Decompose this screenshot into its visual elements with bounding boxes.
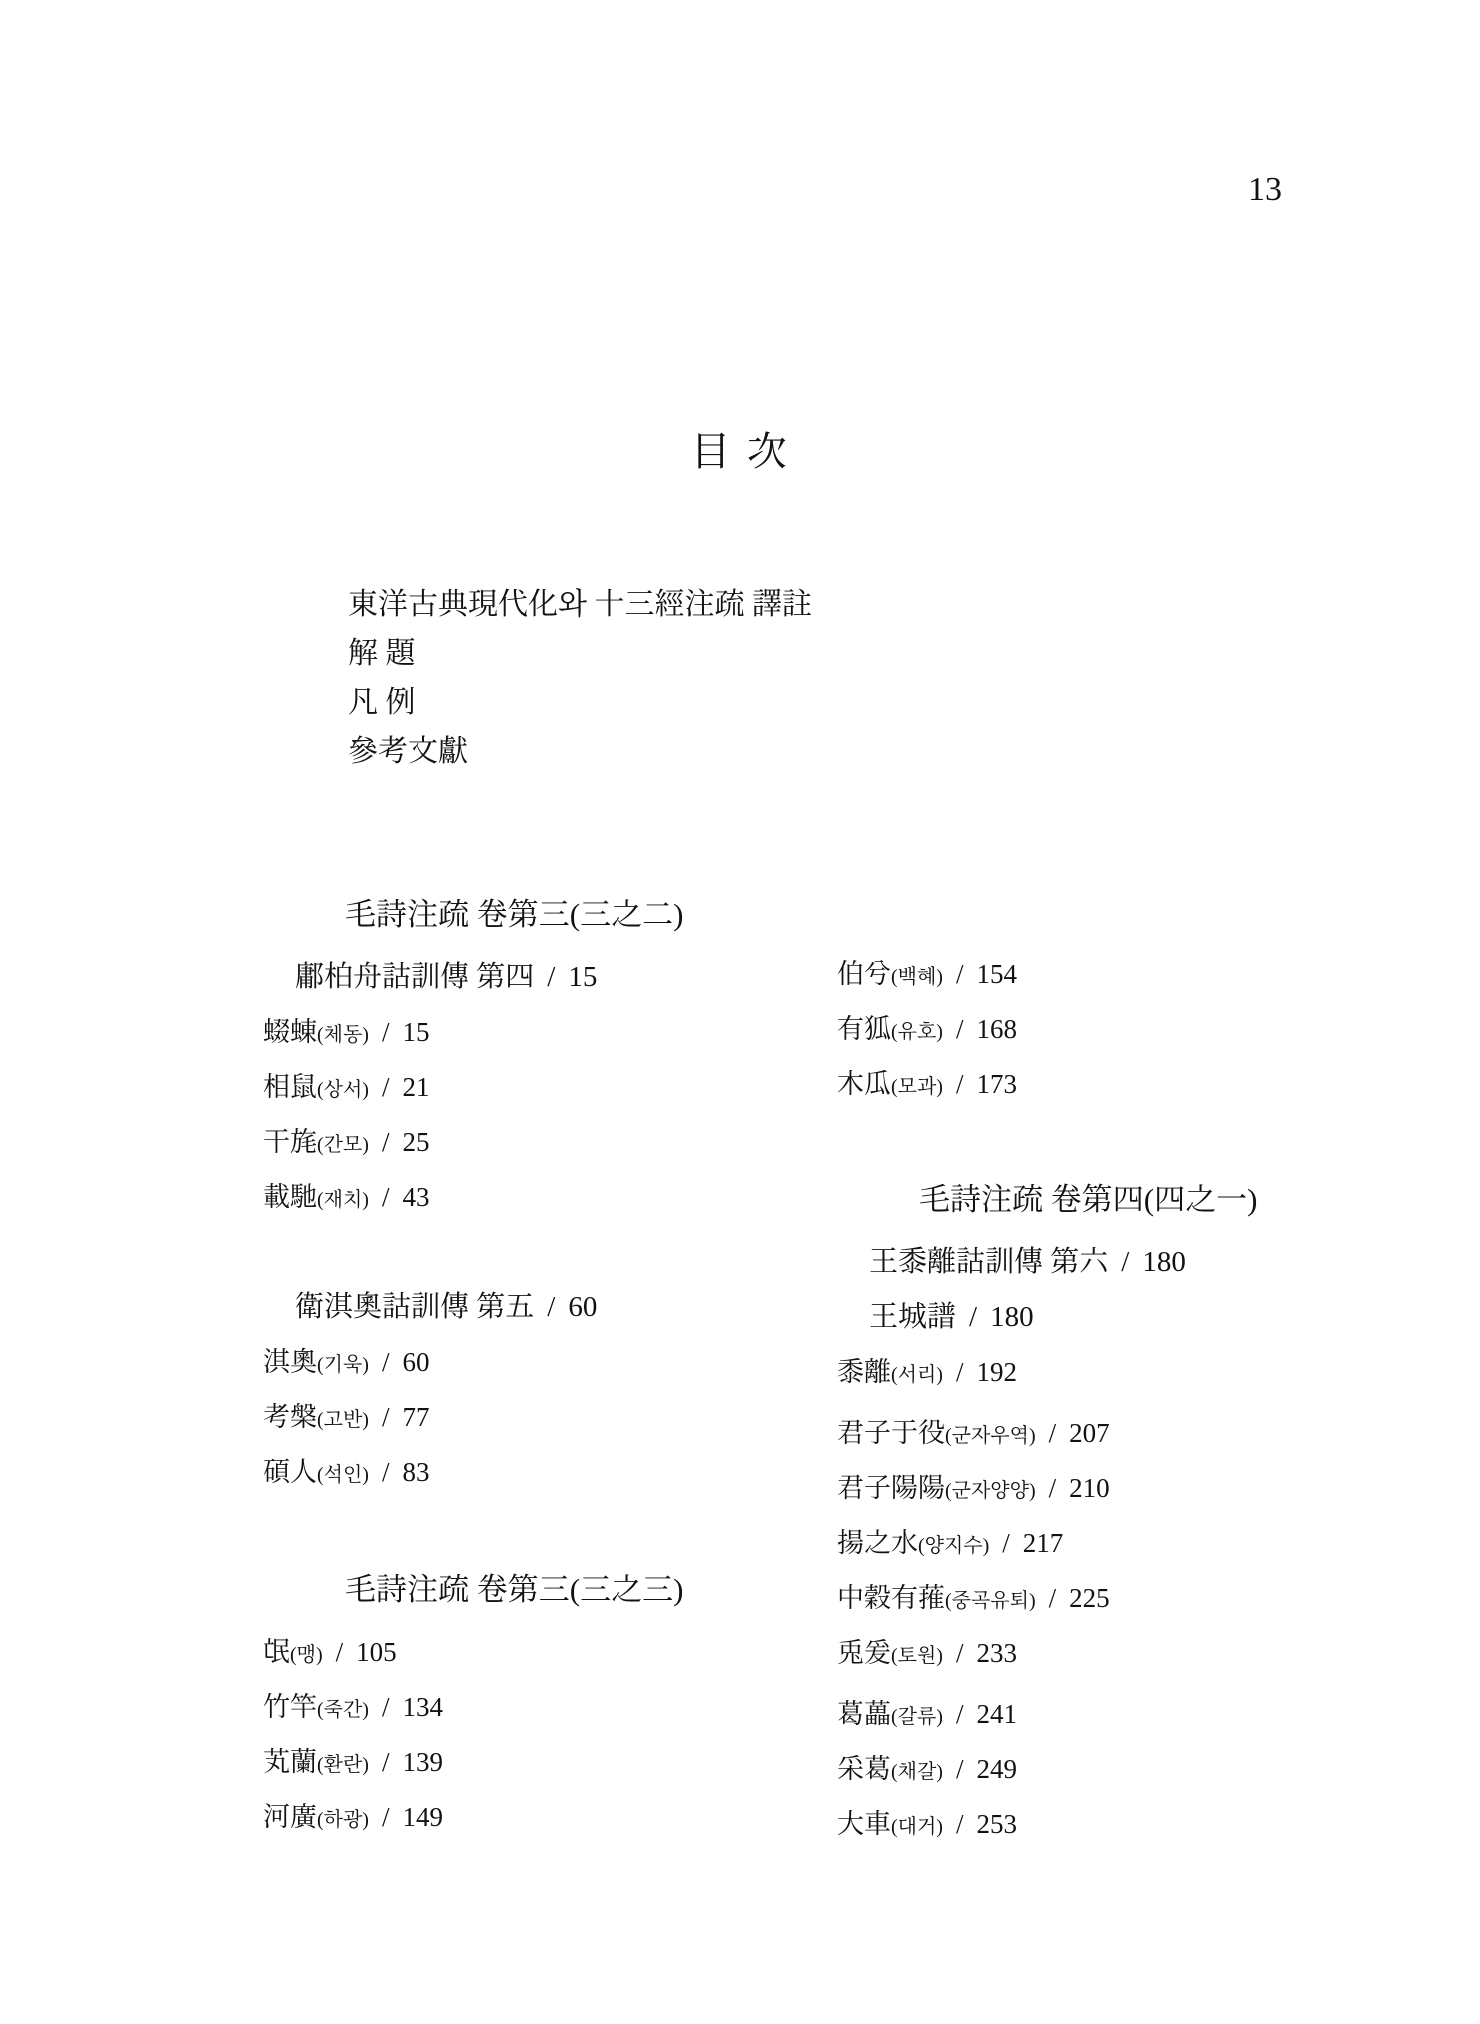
toc-item-row: 中穀有蓷(중곡유퇴)/225 <box>837 1571 1397 1626</box>
item-title: 淇奧 <box>263 1347 317 1377</box>
separator-slash: / <box>382 1402 390 1432</box>
item-reading: (서리) <box>891 1364 943 1386</box>
toc-item-row: 大車(대거)/253 <box>837 1797 1397 1852</box>
item-title: 竹竿 <box>263 1692 317 1722</box>
separator-slash: / <box>382 1347 390 1377</box>
item-page: 60 <box>402 1347 429 1377</box>
item-title: 干旄 <box>263 1127 317 1157</box>
item-title: 大車 <box>837 1809 891 1839</box>
front-matter-list: 東洋古典現代化와 十三經注疏 譯註 解 題 凡 例 參考文獻 <box>348 580 812 776</box>
item-reading: (맹) <box>290 1644 323 1666</box>
toc-item-row: 竹竿(죽간)/134 <box>263 1680 783 1735</box>
separator-slash: / <box>956 1754 964 1784</box>
subsection-title: 鄘柏舟詁訓傳 第四 <box>295 961 534 993</box>
item-page: 168 <box>976 1014 1017 1044</box>
item-reading: (체동) <box>317 1024 369 1046</box>
subsection-title: 王城譜 <box>869 1301 956 1333</box>
separator-slash: / <box>547 961 555 993</box>
item-title: 君子于役 <box>837 1418 945 1448</box>
item-reading: (기욱) <box>317 1354 369 1376</box>
item-title: 載馳 <box>263 1182 317 1212</box>
item-page: 241 <box>976 1699 1017 1729</box>
toc-section-header: 毛詩注疏 卷第三(三之三) <box>263 1562 783 1617</box>
toc-subsection-row: 王城譜/180 <box>837 1290 1397 1345</box>
subsection-title: 衛淇奧詁訓傳 第五 <box>295 1291 534 1323</box>
item-page: 192 <box>976 1357 1017 1387</box>
toc-subsection-row: 王黍離詁訓傳 第六/180 <box>837 1235 1397 1290</box>
item-title: 葛藟 <box>837 1699 891 1729</box>
item-page: 225 <box>1069 1583 1110 1613</box>
separator-slash: / <box>956 1069 964 1099</box>
item-page: 139 <box>402 1747 443 1777</box>
separator-slash: / <box>382 1017 390 1047</box>
item-title: 碩人 <box>263 1457 317 1487</box>
separator-slash: / <box>1049 1583 1057 1613</box>
toc-right-column: 伯兮(백혜)/154 有狐(유호)/168 木瓜(모과)/173 毛詩注疏 卷第… <box>837 947 1397 1852</box>
item-title: 君子陽陽 <box>837 1473 945 1503</box>
toc-item-row: 相鼠(상서)/21 <box>263 1060 783 1115</box>
toc-subsection-row: 衛淇奧詁訓傳 第五/60 <box>263 1280 783 1335</box>
item-reading: (채갈) <box>891 1761 943 1783</box>
toc-item-row: 君子于役(군자우역)/207 <box>837 1406 1397 1461</box>
item-reading: (중곡유퇴) <box>945 1590 1036 1612</box>
item-reading: (상서) <box>317 1079 369 1101</box>
subsection-page: 15 <box>568 961 597 993</box>
toc-item-row: 干旄(간모)/25 <box>263 1115 783 1170</box>
toc-item-row: 黍離(서리)/192 <box>837 1345 1397 1400</box>
toc-item-row: 木瓜(모과)/173 <box>837 1057 1397 1112</box>
item-reading: (토원) <box>891 1645 943 1667</box>
toc-item-row: 芄蘭(환란)/139 <box>263 1735 783 1790</box>
item-title: 伯兮 <box>837 959 891 989</box>
subsection-title: 王黍離詁訓傳 第六 <box>869 1246 1108 1278</box>
toc-item-row: 采葛(채갈)/249 <box>837 1742 1397 1797</box>
item-reading: (재치) <box>317 1189 369 1211</box>
item-page: 43 <box>402 1182 429 1212</box>
item-page: 25 <box>402 1127 429 1157</box>
item-title: 黍離 <box>837 1357 891 1387</box>
separator-slash: / <box>382 1072 390 1102</box>
toc-item-row: 葛藟(갈류)/241 <box>837 1687 1397 1742</box>
separator-slash: / <box>1049 1418 1057 1448</box>
item-title: 相鼠 <box>263 1072 317 1102</box>
item-page: 83 <box>402 1457 429 1487</box>
item-reading: (죽간) <box>317 1699 369 1721</box>
subsection-page: 180 <box>990 1301 1034 1333</box>
item-reading: (석인) <box>317 1464 369 1486</box>
separator-slash: / <box>382 1747 390 1777</box>
item-page: 21 <box>402 1072 429 1102</box>
item-page: 105 <box>356 1637 397 1667</box>
item-reading: (군자양양) <box>945 1480 1036 1502</box>
item-page: 217 <box>1023 1528 1064 1558</box>
item-page: 207 <box>1069 1418 1110 1448</box>
item-reading: (고반) <box>317 1409 369 1431</box>
front-matter-item: 凡 例 <box>348 678 812 727</box>
separator-slash: / <box>547 1291 555 1323</box>
toc-item-row: 淇奧(기욱)/60 <box>263 1335 783 1390</box>
section-header-text: 毛詩注疏 卷第三(三之二) <box>345 897 683 932</box>
separator-slash: / <box>1121 1246 1129 1278</box>
item-reading: (간모) <box>317 1134 369 1156</box>
toc-subsection-row: 鄘柏舟詁訓傳 第四/15 <box>263 950 783 1005</box>
item-reading: (군자우역) <box>945 1425 1036 1447</box>
document-page: 13 目 次 東洋古典現代化와 十三經注疏 譯註 解 題 凡 例 參考文獻 毛詩… <box>0 0 1480 2024</box>
item-page: 253 <box>976 1809 1017 1839</box>
separator-slash: / <box>336 1637 344 1667</box>
separator-slash: / <box>1049 1473 1057 1503</box>
item-title: 河廣 <box>263 1802 317 1832</box>
item-page: 77 <box>402 1402 429 1432</box>
item-reading: (대거) <box>891 1816 943 1838</box>
toc-item-row: 碩人(석인)/83 <box>263 1445 783 1500</box>
item-title: 蝃蝀 <box>263 1017 317 1047</box>
item-title: 有狐 <box>837 1014 891 1044</box>
separator-slash: / <box>956 1699 964 1729</box>
separator-slash: / <box>382 1457 390 1487</box>
item-page: 149 <box>402 1802 443 1832</box>
item-page: 249 <box>976 1754 1017 1784</box>
item-reading: (환란) <box>317 1754 369 1776</box>
page-title: 目 次 <box>0 428 1480 476</box>
subsection-page: 60 <box>568 1291 597 1323</box>
subsection-page: 180 <box>1142 1246 1186 1278</box>
item-reading: (양지수) <box>918 1535 989 1557</box>
toc-item-row: 河廣(하광)/149 <box>263 1790 783 1845</box>
toc-item-row: 君子陽陽(군자양양)/210 <box>837 1461 1397 1516</box>
item-reading: (백혜) <box>891 966 943 988</box>
toc-item-row: 載馳(재치)/43 <box>263 1170 783 1225</box>
separator-slash: / <box>1002 1528 1010 1558</box>
item-page: 134 <box>402 1692 443 1722</box>
item-page: 173 <box>976 1069 1017 1099</box>
item-title: 木瓜 <box>837 1069 891 1099</box>
item-page: 154 <box>976 959 1017 989</box>
page-number: 13 <box>1248 170 1282 210</box>
toc-item-row: 揚之水(양지수)/217 <box>837 1516 1397 1571</box>
item-page: 15 <box>402 1017 429 1047</box>
item-page: 210 <box>1069 1473 1110 1503</box>
toc-item-row: 氓(맹)/105 <box>263 1625 783 1680</box>
section-header-text: 毛詩注疏 卷第三(三之三) <box>345 1572 683 1607</box>
item-title: 氓 <box>263 1637 290 1667</box>
separator-slash: / <box>382 1182 390 1212</box>
item-title: 芄蘭 <box>263 1747 317 1777</box>
item-title: 中穀有蓷 <box>837 1583 945 1613</box>
item-title: 考槃 <box>263 1402 317 1432</box>
toc-section-header: 毛詩注疏 卷第四(四之一) <box>837 1172 1397 1227</box>
front-matter-item: 東洋古典現代化와 十三經注疏 譯註 <box>348 580 812 629</box>
separator-slash: / <box>956 1809 964 1839</box>
section-header-text: 毛詩注疏 卷第四(四之一) <box>919 1182 1257 1217</box>
separator-slash: / <box>956 959 964 989</box>
item-reading: (유호) <box>891 1021 943 1043</box>
toc-item-row: 有狐(유호)/168 <box>837 1002 1397 1057</box>
item-title: 兎爰 <box>837 1638 891 1668</box>
front-matter-item: 參考文獻 <box>348 727 812 776</box>
toc-item-row: 兎爰(토원)/233 <box>837 1626 1397 1681</box>
toc-item-row: 考槃(고반)/77 <box>263 1390 783 1445</box>
toc-item-row: 伯兮(백혜)/154 <box>837 947 1397 1002</box>
toc-left-column: 毛詩注疏 卷第三(三之二) 鄘柏舟詁訓傳 第四/15 蝃蝀(체동)/15 相鼠(… <box>263 887 783 1845</box>
item-reading: (갈류) <box>891 1706 943 1728</box>
toc-item-row: 蝃蝀(체동)/15 <box>263 1005 783 1060</box>
separator-slash: / <box>382 1692 390 1722</box>
item-title: 揚之水 <box>837 1528 918 1558</box>
separator-slash: / <box>956 1014 964 1044</box>
separator-slash: / <box>956 1638 964 1668</box>
separator-slash: / <box>382 1802 390 1832</box>
front-matter-item: 解 題 <box>348 629 812 678</box>
item-title: 采葛 <box>837 1754 891 1784</box>
item-reading: (하광) <box>317 1809 369 1831</box>
separator-slash: / <box>969 1301 977 1333</box>
separator-slash: / <box>956 1357 964 1387</box>
item-reading: (모과) <box>891 1076 943 1098</box>
toc-section-header: 毛詩注疏 卷第三(三之二) <box>263 887 783 942</box>
item-page: 233 <box>976 1638 1017 1668</box>
separator-slash: / <box>382 1127 390 1157</box>
